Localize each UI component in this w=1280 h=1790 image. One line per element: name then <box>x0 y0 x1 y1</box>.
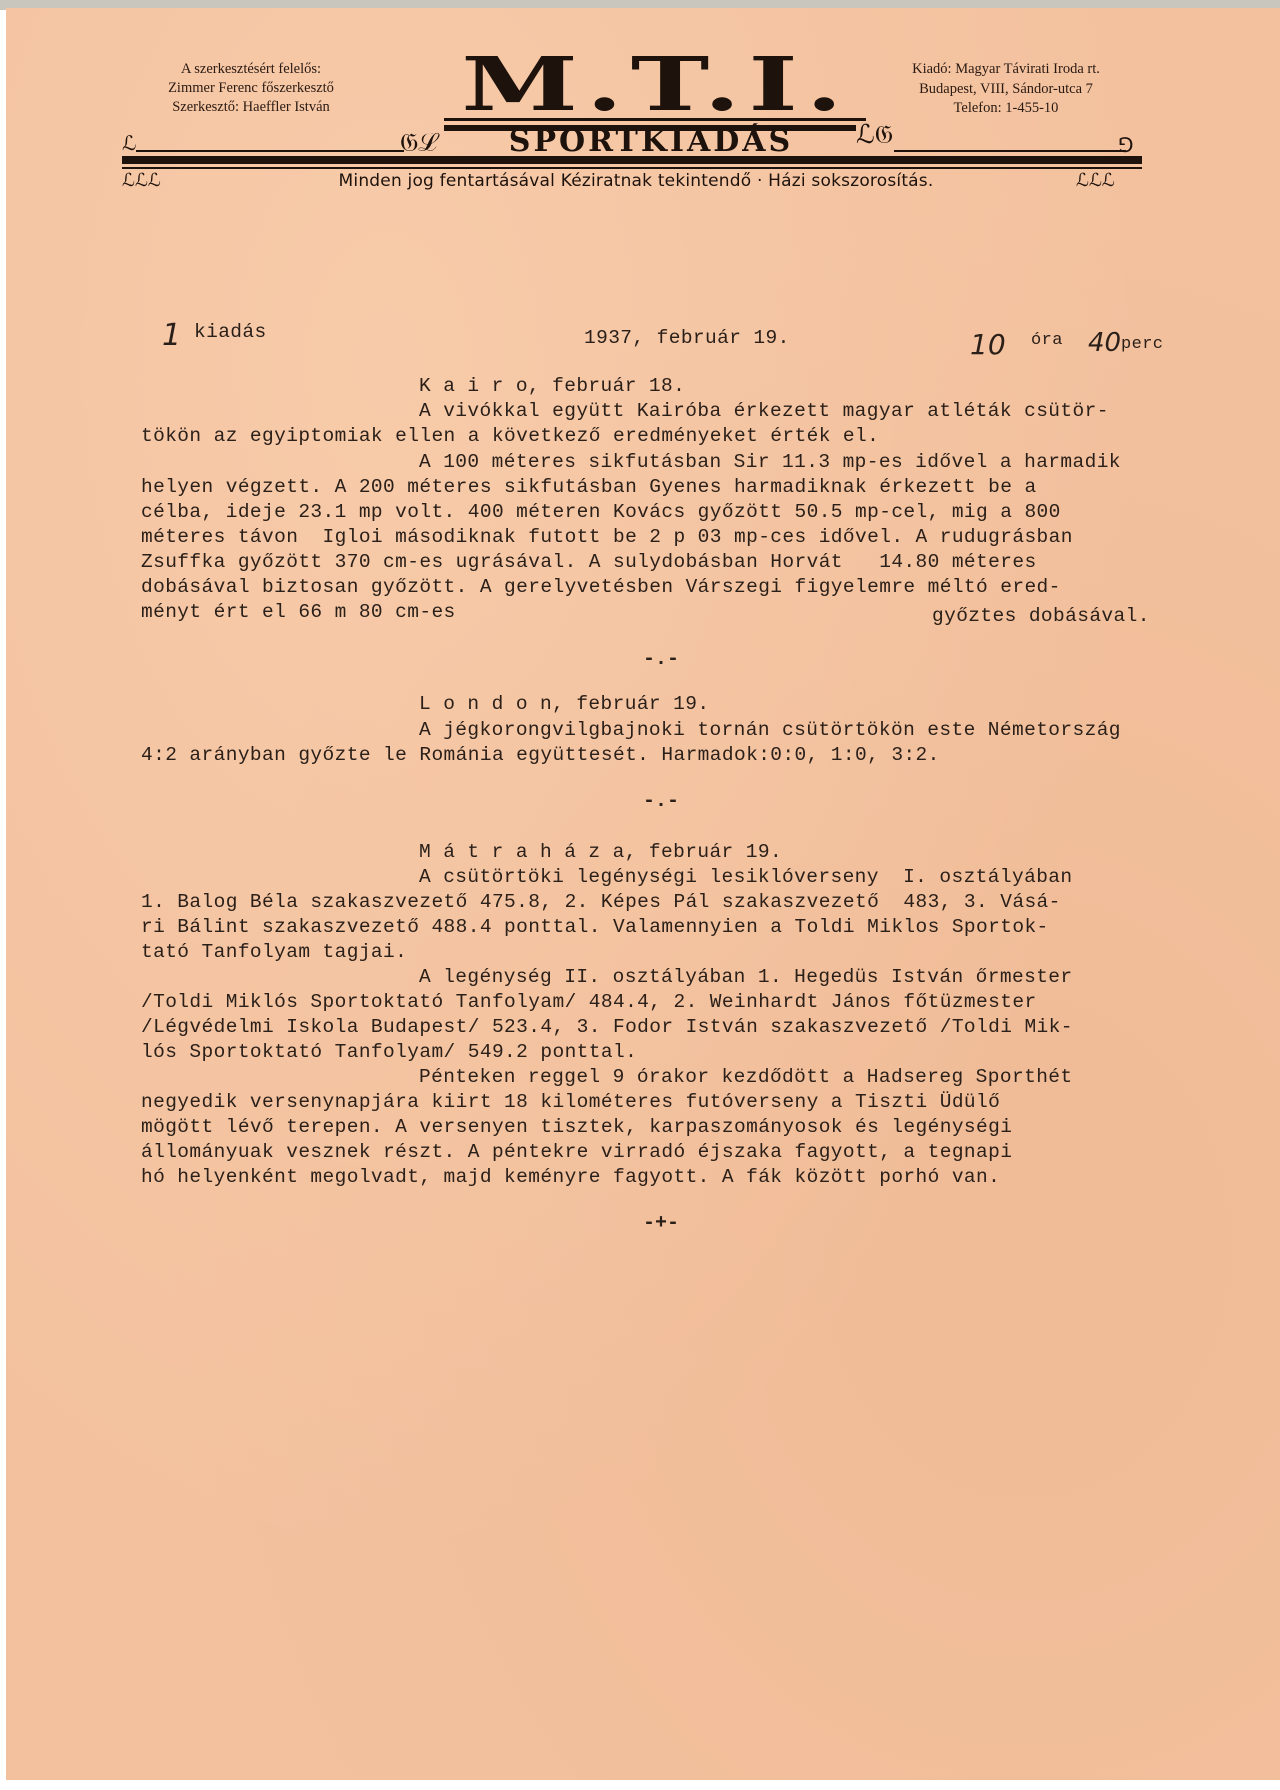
edition-number-handwritten: 1 <box>162 318 181 353</box>
article-line: lós Sportoktató Tanfolyam/ 549.2 ponttal… <box>141 1040 637 1066</box>
article-line: Zsuffka győzött 370 cm-es ugrásával. A s… <box>141 550 1037 576</box>
article-line: győztes dobásával. <box>932 604 1150 630</box>
article-line: tató Tanfolyam tagjai. <box>141 940 407 966</box>
minute-handwritten: 40 <box>1088 328 1121 358</box>
separator: -.- <box>643 648 679 671</box>
edition-label: kiadás <box>194 320 267 346</box>
article-line: mögött lévő terepen. A versenyen tisztek… <box>141 1115 1012 1141</box>
article-line: negyedik versenynapjára kiirt 18 kilomét… <box>141 1090 1000 1116</box>
issue-date: 1937, február 19. <box>584 326 790 352</box>
editor-credits: A szerkesztésért felelős: Zimmer Ferenc … <box>116 60 386 117</box>
minute-label: perc <box>1121 332 1163 358</box>
scroll-ornament-icon: 𝔊ℒ <box>400 132 437 154</box>
article-line: tökön az egyiptomiak ellen a következő e… <box>141 424 879 450</box>
scroll-ornament-left-icon: ℒ <box>122 132 136 154</box>
article-line: ri Bálint szakaszvezető 488.4 ponttal. V… <box>141 915 1049 941</box>
article-line: dobásával biztosan győzött. A gerelyveté… <box>141 575 1061 601</box>
ornament-line-right <box>894 150 1126 152</box>
article-line: A jégkorongvilgbajnoki tornán csütörtökö… <box>419 718 1121 744</box>
mti-logo: M.T.I. <box>386 52 926 119</box>
article-line: A 100 méteres sikfutásban Sir 11.3 mp-es… <box>419 450 1121 476</box>
tagline: Minden jog fentartásával Kéziratnak teki… <box>116 170 1156 192</box>
publisher-line: Telefon: 1-455-10 <box>856 99 1156 119</box>
article-line: célba, ideje 23.1 mp volt. 400 méteren K… <box>141 500 1061 526</box>
article-line: A legénység II. osztályában 1. Hegedüs I… <box>419 965 1073 991</box>
article-line: méteres távon Igloi másodiknak futott be… <box>141 525 1073 551</box>
article-line: ményt ért el 66 m 80 cm-es <box>141 600 456 626</box>
article-line: A vivókkal együtt Kairóba érkezett magya… <box>419 399 1109 425</box>
scroll-ornament-icon: ℒ𝔊 <box>856 124 893 146</box>
editor-credit-line: Szerkesztő: Haeffler István <box>116 98 386 117</box>
publisher-line: Budapest, VIII, Sándor-utca 7 <box>856 80 1156 100</box>
separator: -+- <box>643 1212 679 1235</box>
sportkiadas-title: SPORTKIADÁS <box>446 124 856 160</box>
editor-credit-line: A szerkesztésért felelős: <box>116 60 386 79</box>
tagline-ornament-right-icon: ℒℒℒ <box>1076 170 1115 192</box>
article-line: 1. Balog Béla szakaszvezető 475.8, 2. Ké… <box>141 890 1061 916</box>
dateline: K a i r o, február 18. <box>419 374 685 400</box>
thick-rule <box>122 156 1142 164</box>
article-line: A csütörtöki legénységi lesiklóverseny I… <box>419 865 1073 891</box>
article-line: állományuak vesznek részt. A péntekre vi… <box>141 1140 1012 1166</box>
editor-credit-line: Zimmer Ferenc főszerkesztő <box>116 79 386 98</box>
publisher-line: Kiadó: Magyar Távirati Iroda rt. <box>856 60 1156 80</box>
dateline: L o n d o n, február 19. <box>419 692 709 718</box>
article-line: hó helyenként megolvadt, majd keményre f… <box>141 1165 1000 1191</box>
article-line: Pénteken reggel 9 órakor kezdődött a Had… <box>419 1065 1073 1091</box>
hour-label: óra <box>1031 328 1063 354</box>
scroll-ornament-right-icon: ⅁ <box>1118 134 1134 156</box>
article-line: /Légvédelmi Iskola Budapest/ 523.4, 3. F… <box>141 1015 1073 1041</box>
article-line: helyen végzett. A 200 méteres sikfutásba… <box>141 475 1037 501</box>
logo-top-rule <box>444 118 866 121</box>
dateline: M á t r a h á z a, február 19. <box>419 840 782 866</box>
separator: -.- <box>643 790 679 813</box>
ornament-line-left <box>136 150 404 152</box>
thin-rule <box>122 167 1142 169</box>
publisher-info: Kiadó: Magyar Távirati Iroda rt. Budapes… <box>856 60 1156 119</box>
hour-handwritten: 10 <box>970 328 1006 361</box>
article-line: /Toldi Miklós Sportoktató Tanfolyam/ 484… <box>141 990 1037 1016</box>
document-page: A szerkesztésért felelős: Zimmer Ferenc … <box>6 8 1280 1780</box>
article-line: 4:2 arányban győzte le Románia együttesé… <box>141 743 940 769</box>
